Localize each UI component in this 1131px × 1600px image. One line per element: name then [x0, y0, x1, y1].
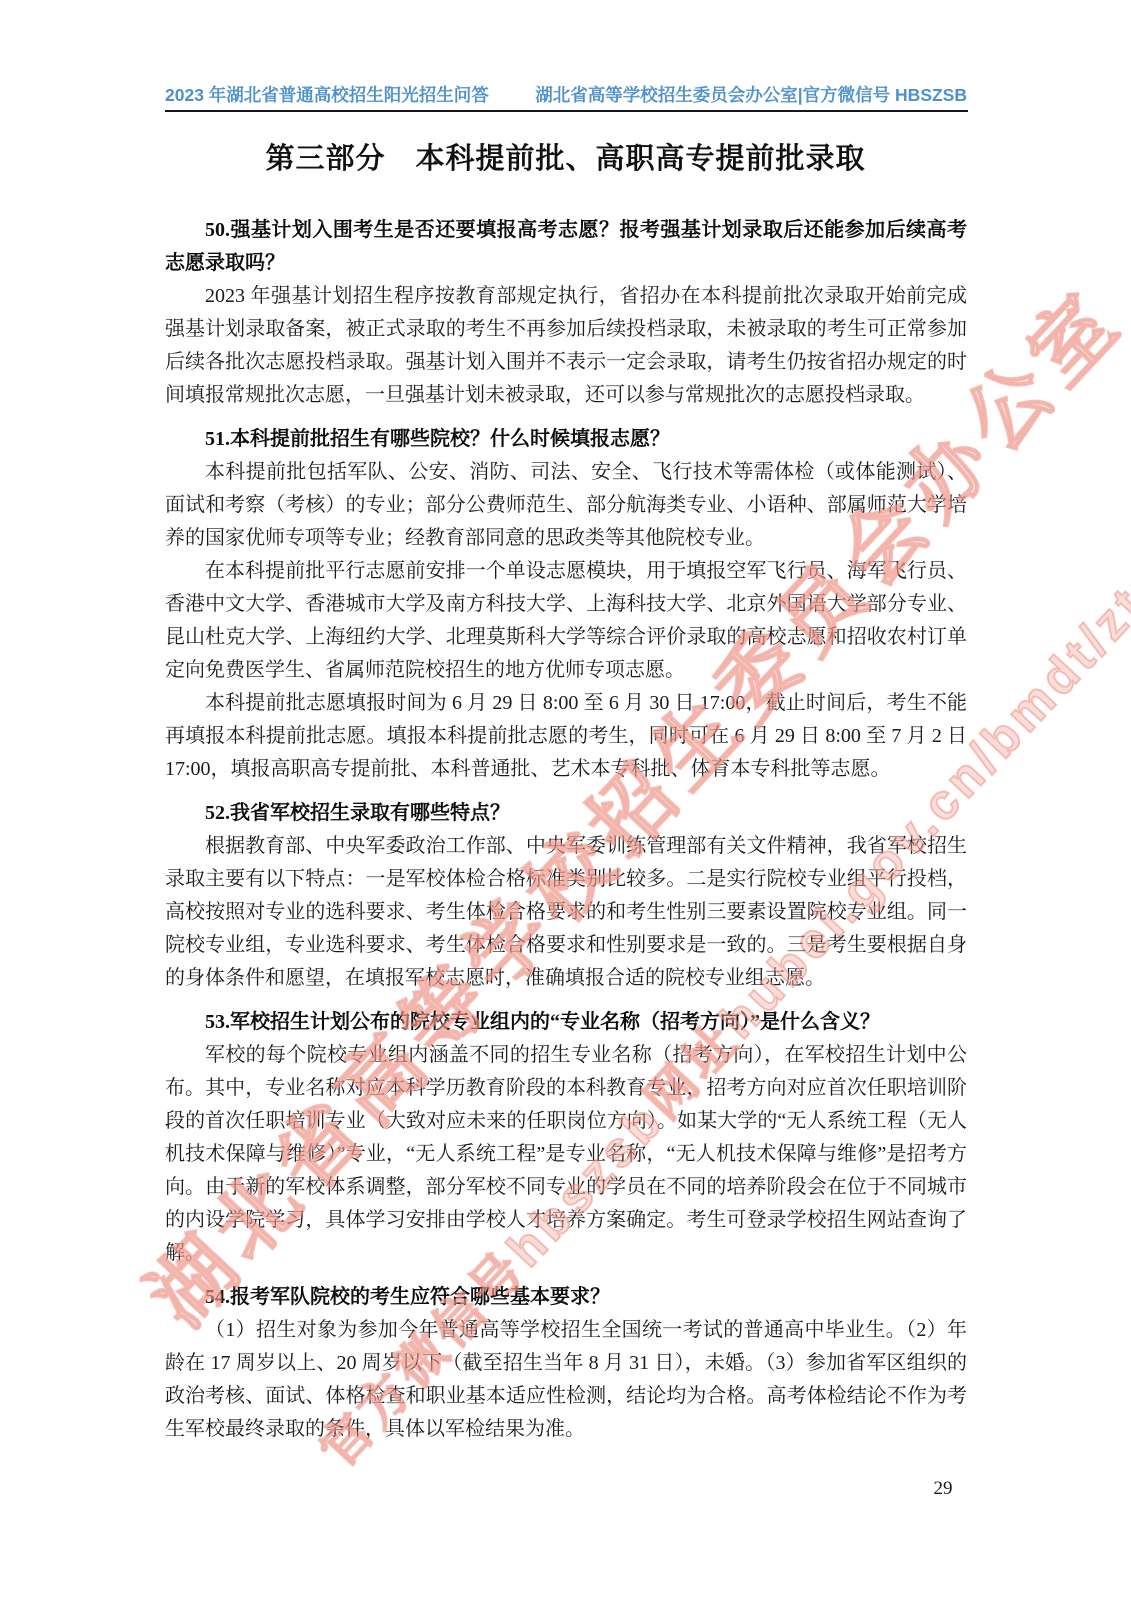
qa-block-54: 54.报考军队院校的考生应符合哪些基本要求？ （1）招生对象为参加今年普通高等学… — [165, 1281, 967, 1446]
question-51: 51.本科提前批招生有哪些院校？什么时候填报志愿？ — [165, 423, 967, 456]
answer-51-paragraph-2: 在本科提前批平行志愿前安排一个单设志愿模块，用于填报空军飞行员、海军飞行员、香港… — [165, 555, 967, 687]
answer-52-paragraph-1: 根据教育部、中央军委政治工作部、中央军委训练管理部有关文件精神，我省军校招生录取… — [165, 830, 967, 995]
page-number: 29 — [918, 1478, 968, 1500]
document-page: 湖北省高等学校招生委员会办公室 官方微信号hbszsb网址hubei.gov.c… — [0, 0, 1131, 1600]
answer-50-paragraph-1: 2023 年强基计划招生程序按教育部规定执行，省招办在本科提前批次录取开始前完成… — [165, 280, 967, 412]
qa-block-53: 53.军校招生计划公布的院校专业组内的“专业名称（招考方向）”是什么含义？ 军校… — [165, 1006, 967, 1270]
answer-51-paragraph-3: 本科提前批志愿填报时间为 6 月 29 日 8:00 至 6 月 30 日 17… — [165, 687, 967, 786]
question-52: 52.我省军校招生录取有哪些特点？ — [165, 797, 967, 830]
answer-51-paragraph-1: 本科提前批包括军队、公安、消防、司法、安全、飞行技术等需体检（或体能测试）、面试… — [165, 456, 967, 555]
question-53: 53.军校招生计划公布的院校专业组内的“专业名称（招考方向）”是什么含义？ — [165, 1006, 967, 1039]
header-right-text: 湖北省高等学校招生委员会办公室|官方微信号 HBSZSB — [535, 82, 967, 107]
section-title: 第三部分 本科提前批、高职高专提前批录取 — [0, 136, 1131, 177]
qa-block-51: 51.本科提前批招生有哪些院校？什么时候填报志愿？ 本科提前批包括军队、公安、消… — [165, 423, 967, 786]
page-header: 2023 年湖北省普通高校招生阳光招生问答 湖北省高等学校招生委员会办公室|官方… — [165, 82, 967, 107]
answer-53-paragraph-1: 军校的每个院校专业组内涵盖不同的招生专业名称（招考方向），在军校招生计划中公布。… — [165, 1039, 967, 1270]
document-body: 50.强基计划入围考生是否还要填报高考志愿？报考强基计划录取后还能参加后续高考志… — [165, 214, 967, 1446]
answer-54-paragraph-1: （1）招生对象为参加今年普通高等学校招生全国统一考试的普通高中毕业生。（2）年龄… — [165, 1314, 967, 1446]
header-left-text: 2023 年湖北省普通高校招生阳光招生问答 — [165, 82, 489, 107]
qa-block-52: 52.我省军校招生录取有哪些特点？ 根据教育部、中央军委政治工作部、中央军委训练… — [165, 797, 967, 995]
header-rule — [165, 110, 968, 112]
question-54: 54.报考军队院校的考生应符合哪些基本要求？ — [165, 1281, 967, 1314]
qa-block-50: 50.强基计划入围考生是否还要填报高考志愿？报考强基计划录取后还能参加后续高考志… — [165, 214, 967, 412]
question-50: 50.强基计划入围考生是否还要填报高考志愿？报考强基计划录取后还能参加后续高考志… — [165, 214, 967, 280]
